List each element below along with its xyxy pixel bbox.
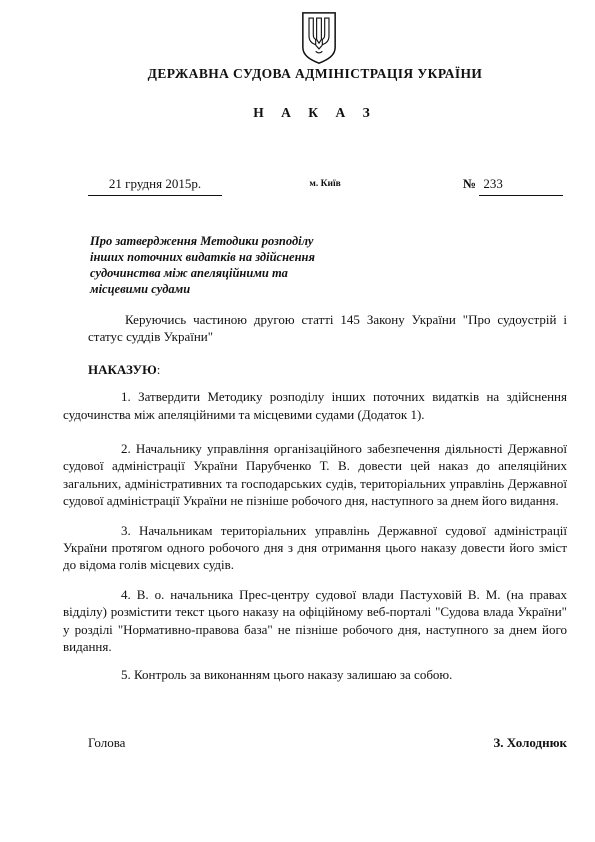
order-word-line: НАКАЗУЮ:: [88, 361, 567, 378]
legal-basis-paragraph: Керуючись частиною другою статті 145 Зак…: [88, 311, 567, 346]
signature-row: Голова З. Холоднюк: [63, 735, 567, 751]
order-body: Керуючись частиною другою статті 145 Зак…: [63, 311, 567, 699]
organization-name: ДЕРЖАВНА СУДОВА АДМІНІСТРАЦІЯ УКРАЇНИ: [63, 66, 567, 82]
subject-line: інших поточних видатків на здійснення: [90, 249, 390, 265]
document-type-title: Н А К А З: [63, 105, 567, 121]
order-item-2: 2. Начальнику управління організаційного…: [63, 440, 567, 510]
signature-position: Голова: [88, 735, 125, 751]
number-sign: №: [463, 176, 476, 191]
subject-line: судочинства між апеляційними та: [90, 265, 390, 281]
order-item-4: 4. В. о. начальника Прес-центру судової …: [63, 586, 567, 656]
document-number-value: 233: [479, 176, 563, 196]
ukraine-trident-shield-icon: [300, 11, 338, 65]
signature-name: З. Холоднюк: [493, 735, 567, 751]
document-number: № 233: [463, 176, 563, 196]
order-item-5: 5. Контроль за виконанням цього наказу з…: [63, 666, 567, 683]
order-subject: Про затвердження Методики розподілу інши…: [90, 233, 390, 297]
subject-line: Про затвердження Методики розподілу: [90, 233, 390, 249]
order-word: НАКАЗУЮ: [88, 362, 157, 377]
order-item-3: 3. Начальникам територіальних управлінь …: [63, 522, 567, 574]
order-word-colon: :: [157, 362, 161, 377]
subject-line: місцевими судами: [90, 281, 390, 297]
document-place: м. Київ: [309, 179, 340, 189]
document-page: ДЕРЖАВНА СУДОВА АДМІНІСТРАЦІЯ УКРАЇНИ Н …: [0, 0, 595, 842]
document-meta-row: 21 грудня 2015р. м. Київ № 233: [63, 176, 567, 200]
document-date: 21 грудня 2015р.: [88, 176, 222, 196]
order-item-1: 1. Затвердити Методику розподілу інших п…: [63, 388, 567, 423]
